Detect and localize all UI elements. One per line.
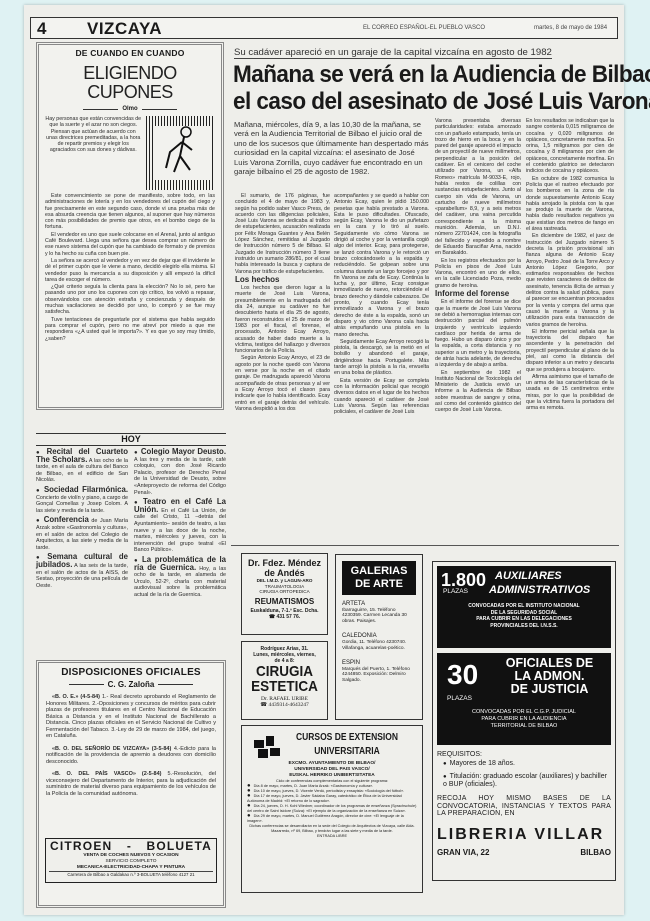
paragraph: El sumario, de 176 páginas, fue concluid… [235,193,330,275]
section-divider [231,545,619,546]
article-headline-1: Mañana se verá en la Audiencia de Bilbao [233,61,650,88]
ad-title: CURSOS DE EXTENSION [288,731,407,745]
ad-title: UNIVERSITARIA [288,745,407,759]
hoy-item-text: A las tres y media de la tarde, café col… [134,457,226,496]
paragraph: La señora se acercó al vendedor y en vez… [45,258,215,283]
ad-phone: ☎ 431 57 76. [242,614,327,620]
hoy-item-title: Colegio Mayor Deusto. [134,447,226,456]
paragraph: ¿Qué criterio seguía la clienta para la … [45,284,215,315]
gallery-entry: ESPIN Marqués del Puerto, 1. Teléfono 42… [342,661,416,683]
cirugia-ad: Rodríguez Arias, 31. Lunes, miércoles, v… [241,641,328,720]
page-number: 4 [37,19,46,39]
hoy-heading: HOY [36,433,226,446]
disposiciones-box: DISPOSICIONES OFICIALES C. G. Zaloña «B.… [36,660,226,908]
list-item: Día 17 de mayo, jueves, D. Javier Sádaba… [247,794,417,804]
ad-title: CIRUGIA [246,664,323,679]
disposiciones-author: C. G. Zaloña [46,680,216,689]
hoy-item-text: En el Café La Unión, de calle del Cristo… [134,508,226,554]
ad-phone: ☎ 4439314-4643247 [242,702,327,708]
plazas-number: 1.800 [441,571,486,589]
hoy-item: Recital del Cuarteto The Scholars. A las… [36,449,128,484]
paragraph: Según Antonio Ecay Arroyo, el 23 de agos… [235,355,330,412]
column-box: DE CUANDO EN CUANDO ELIGIENDO CUPONES Ol… [36,42,224,410]
ad-line: PROVINCIALES DEL I.N.S.S. [437,623,611,630]
ad-specialty: REUMATISMOS [242,597,327,606]
article-headline-2: el caso del asesinato de José Luis Varon… [233,88,650,115]
page-header: 4 VIZCAYA EL CORREO ESPAÑOL-EL PUEBLO VA… [30,17,618,39]
ad-line: CONVOCADAS POR EL C.G.P. JUDICIAL [437,709,611,716]
auxiliares-banner: 1.800 PLAZAS AUXILIARES ADMINISTRATIVOS … [437,566,611,648]
cartoon-illustration [146,116,215,190]
paragraph: Los hechos que dieron lugar a la muerte … [235,285,330,354]
paragraph: Afirma asimismo que el tamaño de un arma… [526,374,614,412]
hoy-item: Teatro en el Café La Unión. En el Café L… [134,499,226,554]
disposicion-text: 1.- Real decreto aprobando el Reglamento… [46,694,216,739]
article-col-2: acompañantes y se quedó a hablar con Ant… [334,193,429,416]
paragraph: En octubre de 1982 comunica la Policía q… [526,176,614,233]
author-name: Olmo [122,106,137,112]
oposiciones-ad: 1.800 PLAZAS AUXILIARES ADMINISTRATIVOS … [432,561,616,881]
disposicion-source: «B. O. E.» (4-5-84) [52,694,100,700]
hoy-list: Recital del Cuarteto The Scholars. A las… [36,449,226,598]
article-kicker: Su cadáver apareció en un garaje de la c… [234,47,552,59]
list-item: Día 29 de mayo, martes, D. Manuel Gutiér… [247,814,417,824]
paragraph: El vendedor es uno que suele colocarse e… [45,232,215,257]
ad-footer: ENTRADA LIBRE [247,834,417,839]
paragraph: Seguidamente Ecay Arroyo recogió la pist… [334,339,429,377]
disposicion-entry: «B. O. DEL PAÍS VASCO» (2-5-84) 5.-Resol… [46,771,216,797]
column-title-1: ELIGIENDO [45,64,215,83]
article-subhead: Informe del forense [435,291,521,297]
hoy-item: Colegio Mayor Deusto. A las tres y media… [134,449,226,496]
ad-line: TERRITORIAL DE BILBAO [437,723,611,730]
newspaper-page: 4 VIZCAYA EL CORREO ESPAÑOL-EL PUEBLO VA… [24,5,624,915]
disposicion-source: «B. O. DEL PAÍS VASCO» (2-5-84) [52,771,161,777]
ad-title: ADMINISTRATIVOS [489,584,590,596]
paragraph: En los resultados se indicaban que la sa… [526,118,614,175]
ad-line: PARA CUBRIR EN LA AUDIENCIA [437,716,611,723]
ad-title: AUXILIARES [495,570,562,582]
hoy-item-text: Concierto de violín y piano, a cargo de … [36,495,128,514]
column-author: Olmo [45,106,215,112]
column-body: Este convencimiento se pone de manifiest… [45,193,215,342]
hoy-item-title: Conferencia [36,515,89,524]
article-col-4: En los resultados se indicaban que la sa… [526,118,614,413]
walking-man-icon [160,124,204,184]
ad-title: ESTETICA [246,679,323,694]
hoy-item: Sociedad Filarmónica. Concierto de violí… [36,487,128,514]
citroen-ad: CITROEN - BOLUETA VENTA DE COCHES NUEVOS… [45,838,217,883]
disposiciones-title: DISPOSICIONES OFICIALES [46,667,216,678]
cursos-ad: CURSOS DE EXTENSION UNIVERSITARIA EXCMO.… [241,725,423,893]
article-lede: Mañana, miércoles, día 9, a las 10,30 de… [234,120,430,176]
galerias-ad: GALERIAS DE ARTE ARTETA Ibarraguirre, 15… [335,554,423,720]
gallery-text: Gordia, 11. Teléfono 4230740. Villafanga… [342,640,416,651]
ad-title: DE ARTE [342,578,416,591]
store-city: BILBAO [580,848,611,857]
article-col-1: El sumario, de 176 páginas, fue concluid… [235,193,330,413]
plazas-label: PLAZAS [443,588,468,595]
paragraph: Tuve tentaciones de preguntarle por el s… [45,317,215,342]
cursos-list: Día 8 de mayo, martes, D. Juan María Arz… [247,784,417,824]
hoy-item: Conferencia de Juan María Arzak sobre «G… [36,517,128,551]
plazas-number: 30 [447,661,478,689]
doctor-name: Dr. Fdez. Méndez [242,558,327,568]
disposiciones-body: «B. O. E.» (4-5-84) 1.- Real decreto apr… [46,694,216,797]
store-name: LIBRERIA VILLAR [437,826,611,844]
column-intro: Hay personas que están convencidas de qu… [45,116,142,190]
section-title: VIZCAYA [87,19,162,39]
ad-address: Carretera de Bilbao a Galdakao n.º 3-BOL… [49,871,213,878]
paragraph: Esta versión de Ecay se completa con la … [334,378,429,416]
ad-place: BOLUETA [146,840,212,853]
disposicion-source: «B. O. DEL SEÑORÍO DE VIZCAYA» (3-5-84) [52,746,171,752]
oficiales-title: OFICIALES DE LA ADMON. DE JUSTICIA [492,657,607,696]
store-address-line: GRAN VIA, 22 BILBAO [437,848,611,857]
publication-date: martes, 8 de mayo de 1984 [534,25,607,31]
ad-address: Euskalduna, 7-1.º Esc. Dcha. [242,608,327,614]
requisitos-title: REQUISITOS: [437,751,611,758]
ad-title: GALERIAS [342,565,416,578]
oficiales-banner: 30 PLAZAS OFICIALES DE LA ADMON. DE JUST… [437,653,611,745]
requisitos-list: Mayores de 18 años. Titulación: graduado… [437,760,611,789]
gallery-entry: ARTETA Ibarraguirre, 15. Teléfono 423035… [342,602,416,624]
paragraph: En el informe del forense se dice que la… [435,299,521,368]
column-title-2: CUPONES [45,83,215,102]
article-col-3: Varona presentaba diversas particularida… [435,118,521,415]
newspaper-name: EL CORREO ESPAÑOL-EL PUEBLO VASCO [363,25,485,31]
paragraph: En los registros efectuados por la Polic… [435,258,521,289]
disposicion-entry: «B. O. E.» (4-5-84) 1.- Real decreto apr… [46,694,216,740]
ad-dash: - [127,840,132,853]
author-name: C. G. Zaloña [108,680,155,689]
gallery-text: Ibarraguirre, 15. Teléfono 4230359. Carm… [342,608,416,625]
hoy-item: La problemática de la ría de Guernica. H… [134,557,226,599]
plazas-label: PLAZAS [447,695,472,702]
doctor-name: de Andés [242,568,327,578]
column-kicker: DE CUANDO EN CUANDO [45,48,215,58]
ad-footer: Dichas conferencias se desarrollarán en … [247,824,417,834]
paragraph: acompañantes y se quedó a hablar con Ant… [334,193,429,338]
paragraph: Varona presentaba diversas particularida… [435,118,521,257]
paragraph: En septiembre de 1982 el Instituto Nacio… [435,370,521,414]
university-logo-icon [254,736,282,760]
gallery-entry: CALEDONIA Gordia, 11. Teléfono 4230740. … [342,634,416,651]
ad-brand: CITROEN [50,840,112,853]
list-item: Mayores de 18 años. [443,760,611,768]
gallery-text: Marqués del Puerto, 1. Teléfono 4244850.… [342,667,416,684]
ad-title: DE JUSTICIA [492,683,607,696]
ad-line: CIRUGIA ORTOPEDICA [242,589,327,595]
ad-callout: RECOJA HOY MISMO BASES DE LA CONVOCATORI… [437,795,611,818]
galerias-banner: GALERIAS DE ARTE [342,561,416,595]
paragraph: El informe pericial señala que la trayec… [526,329,614,373]
doctor-ad: Dr. Fdez. Méndez de Andés DEL I.M.D. y L… [241,553,328,635]
store-address: GRAN VIA, 22 [437,848,489,857]
article-subhead: Los hechos [235,277,330,283]
hoy-item-title: Sociedad Filarmónica. [36,485,128,494]
list-item: Titulación: graduado escolar (auxiliares… [443,773,611,789]
disposicion-entry: «B. O. DEL SEÑORÍO DE VIZCAYA» (3-5-84) … [46,746,216,766]
list-item: Día 24, jueves, D. H. Kohl Wiedner, coor… [247,804,417,814]
oficiales-subtitle: CONVOCADAS POR EL C.G.P. JUDICIAL PARA C… [437,709,611,730]
hoy-item: Semana cultural de jubilados. A las seis… [36,554,128,589]
paragraph: Este convencimiento se pone de manifiest… [45,193,215,231]
auxiliares-subtitle: CONVOCADAS POR EL INSTITUTO NACIONAL DE … [437,603,611,629]
paragraph: En diciembre de 1982, el juez de Instruc… [526,233,614,327]
